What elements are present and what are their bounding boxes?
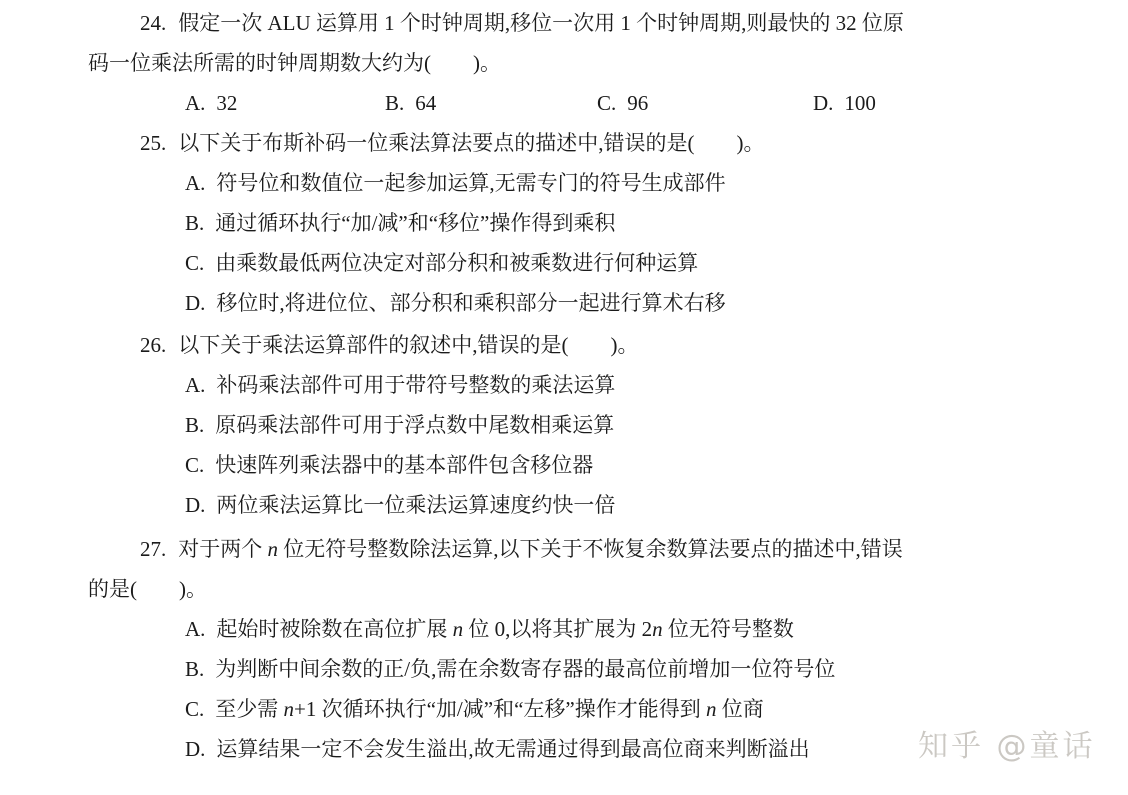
question-25: 25.以下关于布斯补码一位乘法算法要点的描述中,错误的是( )。 A.符号位和数… — [88, 123, 1088, 323]
question-stem-text: 以下关于乘法运算部件的叙述中,错误的是( )。 — [178, 333, 638, 357]
option-label: C. — [185, 453, 204, 477]
option-text: 补码乘法部件可用于带符号整数的乘法运算 — [216, 373, 615, 397]
question-26: 26.以下关于乘法运算部件的叙述中,错误的是( )。 A.补码乘法部件可用于带符… — [88, 325, 1088, 525]
option-text: 原码乘法部件可用于浮点数中尾数相乘运算 — [215, 413, 614, 437]
option-text: 起始时被除数在高位扩展 n 位 0,以将其扩展为 2n 位无符号整数 — [216, 617, 794, 641]
question-number: 25. — [140, 131, 166, 155]
exam-page: 24.假定一次 ALU 运算用 1 个时钟周期,移位一次用 1 个时钟周期,则最… — [0, 0, 1128, 795]
option-d: D.两位乘法运算比一位乘法运算速度约快一倍 — [88, 485, 1088, 525]
option-c: C.快速阵列乘法器中的基本部件包含移位器 — [88, 445, 1088, 485]
option-a: A.补码乘法部件可用于带符号整数的乘法运算 — [88, 365, 1088, 405]
option-label: D. — [185, 291, 205, 315]
option-label: A. — [185, 171, 205, 195]
option-text: 两位乘法运算比一位乘法运算速度约快一倍 — [216, 493, 615, 517]
option-b: B.为判断中间余数的正/负,需在余数寄存器的最高位前增加一位符号位 — [88, 649, 1088, 689]
option-label: A. — [185, 91, 205, 115]
option-text: 64 — [415, 91, 436, 115]
option-label: C. — [597, 91, 616, 115]
question-stem-line: 24.假定一次 ALU 运算用 1 个时钟周期,移位一次用 1 个时钟周期,则最… — [88, 3, 1088, 43]
option-text: 由乘数最低两位决定对部分积和被乘数进行何种运算 — [215, 251, 698, 275]
question-stem-text: 对于两个 n 位无符号整数除法运算,以下关于不恢复余数算法要点的描述中,错误 — [178, 537, 903, 561]
option-c: C.96 — [597, 83, 813, 123]
option-text: 运算结果一定不会发生溢出,故无需通过得到最高位商来判断溢出 — [216, 737, 809, 761]
option-a: A.起始时被除数在高位扩展 n 位 0,以将其扩展为 2n 位无符号整数 — [88, 609, 1088, 649]
option-b: B.原码乘法部件可用于浮点数中尾数相乘运算 — [88, 405, 1088, 445]
option-label: A. — [185, 373, 205, 397]
option-text: 移位时,将进位位、部分积和乘积部分一起进行算术右移 — [216, 291, 725, 315]
option-text: 100 — [844, 91, 876, 115]
option-label: C. — [185, 251, 204, 275]
zhihu-watermark: 知乎 @童话 — [918, 727, 1096, 767]
question-stem-line: 25.以下关于布斯补码一位乘法算法要点的描述中,错误的是( )。 — [88, 123, 1088, 163]
option-b: B.通过循环执行“加/减”和“移位”操作得到乘积 — [88, 203, 1088, 243]
option-label: B. — [185, 413, 204, 437]
option-label: D. — [185, 493, 205, 517]
option-d: D.100 — [813, 83, 1088, 123]
option-text: 快速阵列乘法器中的基本部件包含移位器 — [215, 453, 593, 477]
option-row: A.32 B.64 C.96 D.100 — [88, 83, 1088, 123]
option-text: 96 — [627, 91, 648, 115]
question-stem-line: 26.以下关于乘法运算部件的叙述中,错误的是( )。 — [88, 325, 1088, 365]
question-number: 27. — [140, 537, 166, 561]
question-number: 24. — [140, 11, 166, 35]
option-c: C.由乘数最低两位决定对部分积和被乘数进行何种运算 — [88, 243, 1088, 283]
question-24: 24.假定一次 ALU 运算用 1 个时钟周期,移位一次用 1 个时钟周期,则最… — [88, 3, 1088, 123]
question-stem-text: 以下关于布斯补码一位乘法算法要点的描述中,错误的是( )。 — [178, 131, 764, 155]
option-label: D. — [185, 737, 205, 761]
option-a: A.符号位和数值位一起参加运算,无需专门的符号生成部件 — [88, 163, 1088, 203]
question-stem-text: 假定一次 ALU 运算用 1 个时钟周期,移位一次用 1 个时钟周期,则最快的 … — [178, 11, 904, 35]
option-label: B. — [385, 91, 404, 115]
option-label: D. — [813, 91, 833, 115]
option-label: B. — [185, 657, 204, 681]
option-c: C.至少需 n+1 次循环执行“加/减”和“左移”操作才能得到 n 位商 — [88, 689, 1088, 729]
question-stem-line: 的是( )。 — [88, 569, 1088, 609]
option-label: C. — [185, 697, 204, 721]
option-text: 32 — [216, 91, 237, 115]
option-label: B. — [185, 211, 204, 235]
question-number: 26. — [140, 333, 166, 357]
option-text: 通过循环执行“加/减”和“移位”操作得到乘积 — [215, 211, 615, 235]
option-d: D.移位时,将进位位、部分积和乘积部分一起进行算术右移 — [88, 283, 1088, 323]
option-text: 符号位和数值位一起参加运算,无需专门的符号生成部件 — [216, 171, 725, 195]
option-label: A. — [185, 617, 205, 641]
question-stem-line: 码一位乘法所需的时钟周期数大约为( )。 — [88, 43, 1088, 83]
option-text: 至少需 n+1 次循环执行“加/减”和“左移”操作才能得到 n 位商 — [215, 697, 763, 721]
question-stem-line: 27.对于两个 n 位无符号整数除法运算,以下关于不恢复余数算法要点的描述中,错… — [88, 529, 1088, 569]
option-b: B.64 — [385, 83, 597, 123]
exam-content: 24.假定一次 ALU 运算用 1 个时钟周期,移位一次用 1 个时钟周期,则最… — [0, 0, 1128, 769]
option-text: 为判断中间余数的正/负,需在余数寄存器的最高位前增加一位符号位 — [215, 657, 835, 681]
option-a: A.32 — [185, 83, 385, 123]
